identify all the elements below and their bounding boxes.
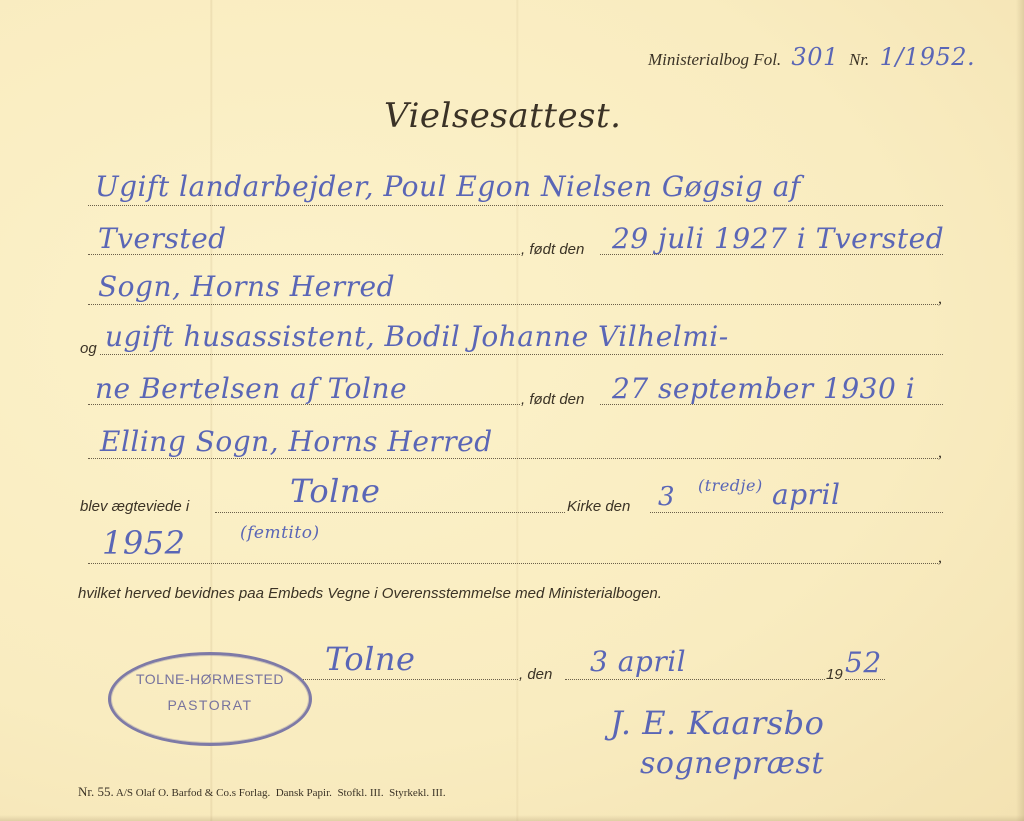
attestation-text: hvilket herved bevidnes paa Embeds Vegne…: [78, 585, 662, 602]
den-label: , den: [519, 666, 552, 683]
wedding-year: 1952: [102, 524, 185, 562]
document-title: Vielsesattest.: [384, 96, 621, 136]
bride-line-1: ugift husassistent, Bodil Johanne Vilhel…: [105, 320, 729, 353]
married-label: blev ægteviede i: [80, 498, 189, 515]
born-label: , født den: [521, 391, 584, 408]
publisher: A/S Olaf O. Barfod & Co.s Forlag.: [116, 787, 270, 799]
dotted-line: [88, 563, 938, 564]
stamp-line-1: TOLNE-HØRMESTED: [111, 671, 309, 687]
comma: ,: [938, 290, 942, 308]
dotted-line: [88, 458, 938, 459]
year-prefix: 19: [826, 666, 843, 683]
paper-origin: Dansk Papir.: [276, 787, 332, 799]
material-class: Stofkl. III.: [337, 787, 383, 799]
groom-birthplace: Tversted: [98, 222, 227, 255]
bride-parish: Elling Sogn, Horns Herred: [100, 425, 493, 458]
wedding-month: april: [772, 478, 840, 511]
book-label: Ministerialbog Fol.: [648, 50, 781, 69]
year-suffix: 52: [845, 646, 882, 679]
dotted-line: [650, 512, 943, 513]
paper-edge-right: [1016, 0, 1024, 821]
dotted-line: [845, 679, 885, 680]
record-number: 1/1952.: [880, 43, 976, 71]
dotted-line: [88, 205, 943, 206]
signature-title: sognepræst: [640, 746, 824, 781]
dotted-line: [100, 354, 943, 355]
wedding-year-words: (femtito): [240, 523, 320, 543]
and-label: og: [80, 340, 97, 357]
comma: ,: [938, 549, 942, 567]
printer-footer: Nr. 55. A/S Olaf O. Barfod & Co.s Forlag…: [78, 784, 446, 800]
dotted-line: [215, 512, 565, 513]
church-label: Kirke den: [567, 498, 630, 515]
ministerial-book-reference: Ministerialbog Fol. 301 Nr. 1/1952.: [648, 43, 975, 71]
born-label: , født den: [521, 241, 584, 258]
nr-label: Nr.: [849, 50, 869, 69]
groom-parish: Sogn, Horns Herred: [98, 270, 395, 303]
dotted-line: [88, 304, 938, 305]
folio-number: 301: [791, 43, 838, 71]
comma: ,: [938, 444, 942, 462]
bride-name-continued: ne Bertelsen af Tolne: [95, 372, 407, 405]
strength-class: Styrkekl. III.: [389, 787, 446, 799]
stamp-line-2: PASTORAT: [111, 697, 309, 713]
dotted-line: [300, 679, 518, 680]
bride-birth-date: 27 september 1930 i: [612, 372, 915, 405]
dotted-line: [565, 679, 825, 680]
signing-date: 3 april: [590, 645, 686, 678]
signature-name: J. E. Kaarsbo: [610, 704, 824, 742]
wedding-day: 3: [658, 482, 675, 512]
groom-line-1: Ugift landarbejder, Poul Egon Nielsen Gø…: [95, 170, 801, 203]
signing-place: Tolne: [325, 640, 415, 678]
wedding-day-words: (tredje): [698, 476, 763, 495]
form-number: Nr. 55.: [78, 784, 114, 799]
church-name: Tolne: [290, 472, 380, 510]
groom-birth-date: 29 juli 1927 i Tversted: [612, 222, 944, 255]
paper-edge-bottom: [0, 815, 1024, 821]
parish-stamp: TOLNE-HØRMESTED PASTORAT: [108, 652, 312, 746]
